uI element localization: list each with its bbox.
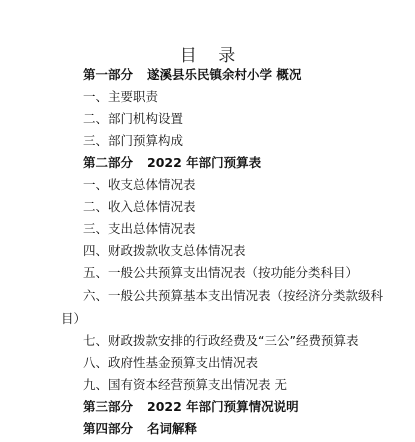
- toc-item-wrap: 目）: [61, 311, 86, 327]
- toc-item: 七、财政拨款安排的行政经费及“三公”经费预算表: [83, 333, 358, 349]
- section-label: 第二部分: [83, 155, 133, 171]
- toc-item: 二、部门机构设置: [83, 111, 183, 127]
- toc-item: 三、支出总体情况表: [83, 221, 196, 237]
- section-label: 第三部分: [83, 399, 133, 415]
- section-heading-text: 遂溪县乐民镇余村小学 概况: [147, 67, 301, 82]
- toc-item: 八、政府性基金预算支出情况表: [83, 355, 258, 371]
- section-heading-text: 名词解释: [147, 421, 197, 436]
- toc-item: 一、主要职责: [83, 89, 158, 105]
- section-3-heading: 第三部分2022 年部门预算情况说明: [83, 399, 299, 415]
- section-label: 第四部分: [83, 421, 133, 437]
- toc-item: 四、财政拨款收支总体情况表: [83, 243, 246, 259]
- toc-item: 五、一般公共预算支出情况表（按功能分类科目）: [83, 265, 358, 281]
- section-heading-text: 2022 年部门预算情况说明: [147, 399, 299, 414]
- section-1-heading: 第一部分遂溪县乐民镇余村小学 概况: [83, 67, 301, 83]
- toc-item: 九、国有资本经营预算支出情况表 无: [83, 377, 287, 393]
- toc-item: 三、部门预算构成: [83, 133, 183, 149]
- toc-item: 二、收入总体情况表: [83, 199, 196, 215]
- section-heading-text: 2022 年部门预算表: [147, 155, 261, 170]
- section-4-heading: 第四部分名词解释: [83, 421, 197, 437]
- section-label: 第一部分: [83, 67, 133, 83]
- toc-item: 一、收支总体情况表: [83, 177, 196, 193]
- section-2-heading: 第二部分2022 年部门预算表: [83, 155, 261, 171]
- toc-item: 六、一般公共预算基本支出情况表（按经济分类款级科: [83, 288, 383, 304]
- toc-title: 目 录: [0, 41, 415, 66]
